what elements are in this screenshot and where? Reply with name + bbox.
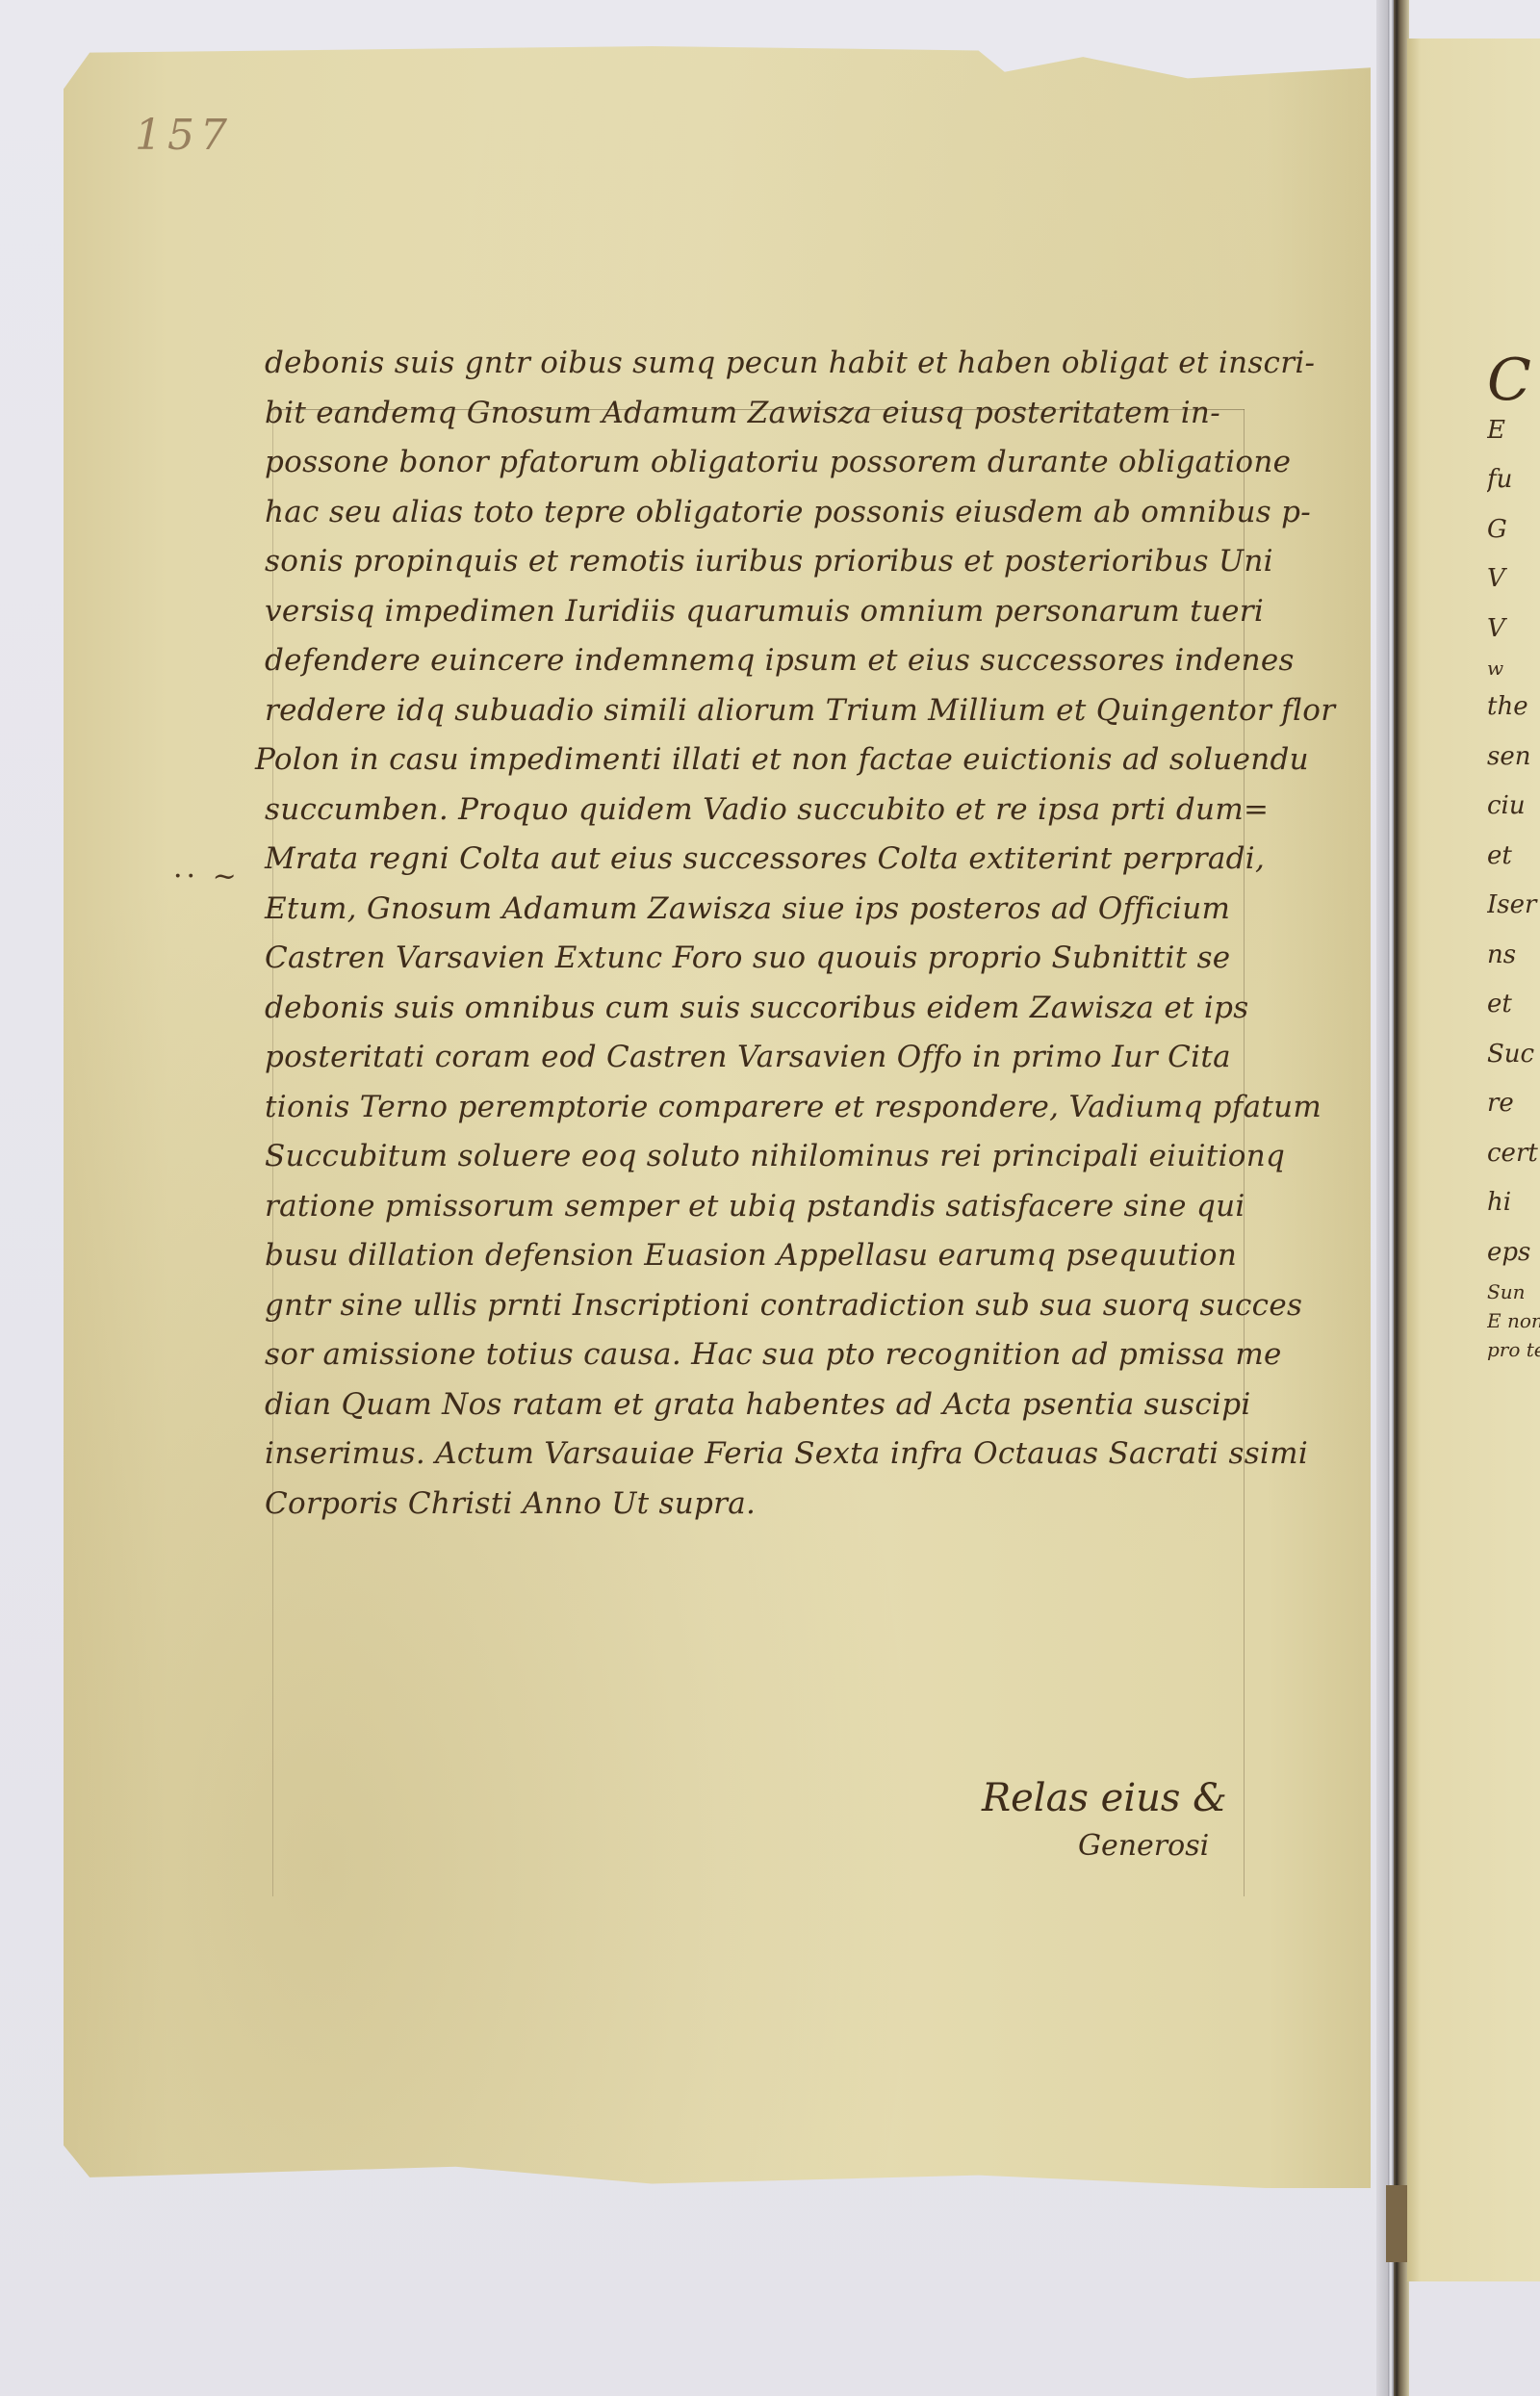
facing-fragment: V: [1487, 605, 1540, 655]
facing-fragment: et: [1487, 980, 1540, 1030]
facing-fragment: cert: [1487, 1129, 1540, 1179]
facing-fragment: ciu: [1487, 782, 1540, 832]
facing-fragment: pro te: [1487, 1335, 1540, 1364]
text-line: defendere euincere indemnemq ipsum et ei…: [265, 636, 1256, 686]
signature-block: Relas eius & Generosi: [982, 1771, 1227, 1868]
facing-fragment: V: [1487, 554, 1540, 605]
text-line: bit eandemq Gnosum Adamum Zawisza eiusq …: [265, 389, 1256, 439]
glass-plate-edge: [1388, 0, 1394, 2396]
text-line: versisq impedimen Iuridiis quarumuis omn…: [265, 587, 1256, 637]
facing-fragment: re: [1487, 1079, 1540, 1129]
text-line: Polon in casu impedimenti illati et non …: [255, 735, 1256, 786]
facing-fragment: et: [1487, 832, 1540, 882]
text-line: debonis suis omnibus cum suis succoribus…: [265, 984, 1256, 1034]
margin-mark: ·· ~: [173, 860, 241, 893]
facing-fragment: E non: [1487, 1306, 1540, 1335]
text-line: debonis suis gntr oibus sumq pecun habit…: [265, 339, 1256, 389]
facing-fragment: Suc: [1487, 1030, 1540, 1080]
facing-fragment: sen: [1487, 733, 1540, 783]
text-line: Succubitum soluere eoq soluto nihilominu…: [265, 1132, 1256, 1182]
facing-fragment: C: [1487, 356, 1540, 406]
text-line: inserimus. Actum Varsauiae Feria Sexta i…: [265, 1430, 1256, 1480]
text-line: sonis propinquis et remotis iuribus prio…: [265, 537, 1256, 587]
signature-generosi: Generosi: [1078, 1825, 1227, 1868]
facing-fragment: hi: [1487, 1178, 1540, 1228]
text-line: Corporis Christi Anno Ut supra.: [265, 1480, 1256, 1530]
facing-fragment: ns: [1487, 931, 1540, 981]
text-line: hac seu alias toto tepre obligatorie pos…: [265, 488, 1256, 538]
text-line: reddere idq subuadio simili aliorum Triu…: [265, 686, 1256, 736]
facing-fragment: fu: [1487, 455, 1540, 505]
text-line: possone bonor pfatorum obligatoriu posso…: [265, 438, 1256, 488]
facing-fragment: Iser: [1487, 881, 1540, 931]
text-line: dian Quam Nos ratam et grata habentes ad…: [265, 1380, 1256, 1430]
facing-fragment: E: [1487, 406, 1540, 456]
text-line: tionis Terno peremptorie comparere et re…: [265, 1083, 1256, 1133]
text-line: succumben. Proquo quidem Vadio succubito…: [265, 786, 1256, 836]
text-line: Mrata regni Colta aut eius successores C…: [265, 835, 1256, 885]
facing-fragment: w: [1487, 654, 1540, 683]
text-line: busu dillation defension Euasion Appella…: [265, 1231, 1256, 1281]
text-line: Etum, Gnosum Adamum Zawisza siue ips pos…: [265, 885, 1256, 935]
facing-fragment: Sun: [1487, 1277, 1540, 1306]
manuscript-text-block: debonis suis gntr oibus sumq pecun habit…: [265, 339, 1256, 1529]
facing-fragment: eps: [1487, 1228, 1540, 1278]
folio-number: 157: [135, 111, 233, 160]
facing-page-text: C E fu G V V w the sen ciu et Iser ns et…: [1487, 356, 1540, 1364]
signature-relation: Relas eius &: [982, 1771, 1227, 1825]
text-line: sor amissione totius causa. Hac sua pto …: [265, 1330, 1256, 1380]
text-line: gntr sine ullis prnti Inscriptioni contr…: [265, 1281, 1256, 1331]
facing-fragment: G: [1487, 505, 1540, 555]
text-line: posteritati coram eod Castren Varsavien …: [265, 1033, 1256, 1083]
text-line: ratione pmissorum semper et ubiq pstandi…: [265, 1182, 1256, 1232]
text-line: Castren Varsavien Extunc Foro suo quouis…: [265, 934, 1256, 984]
facing-fragment: the: [1487, 683, 1540, 733]
